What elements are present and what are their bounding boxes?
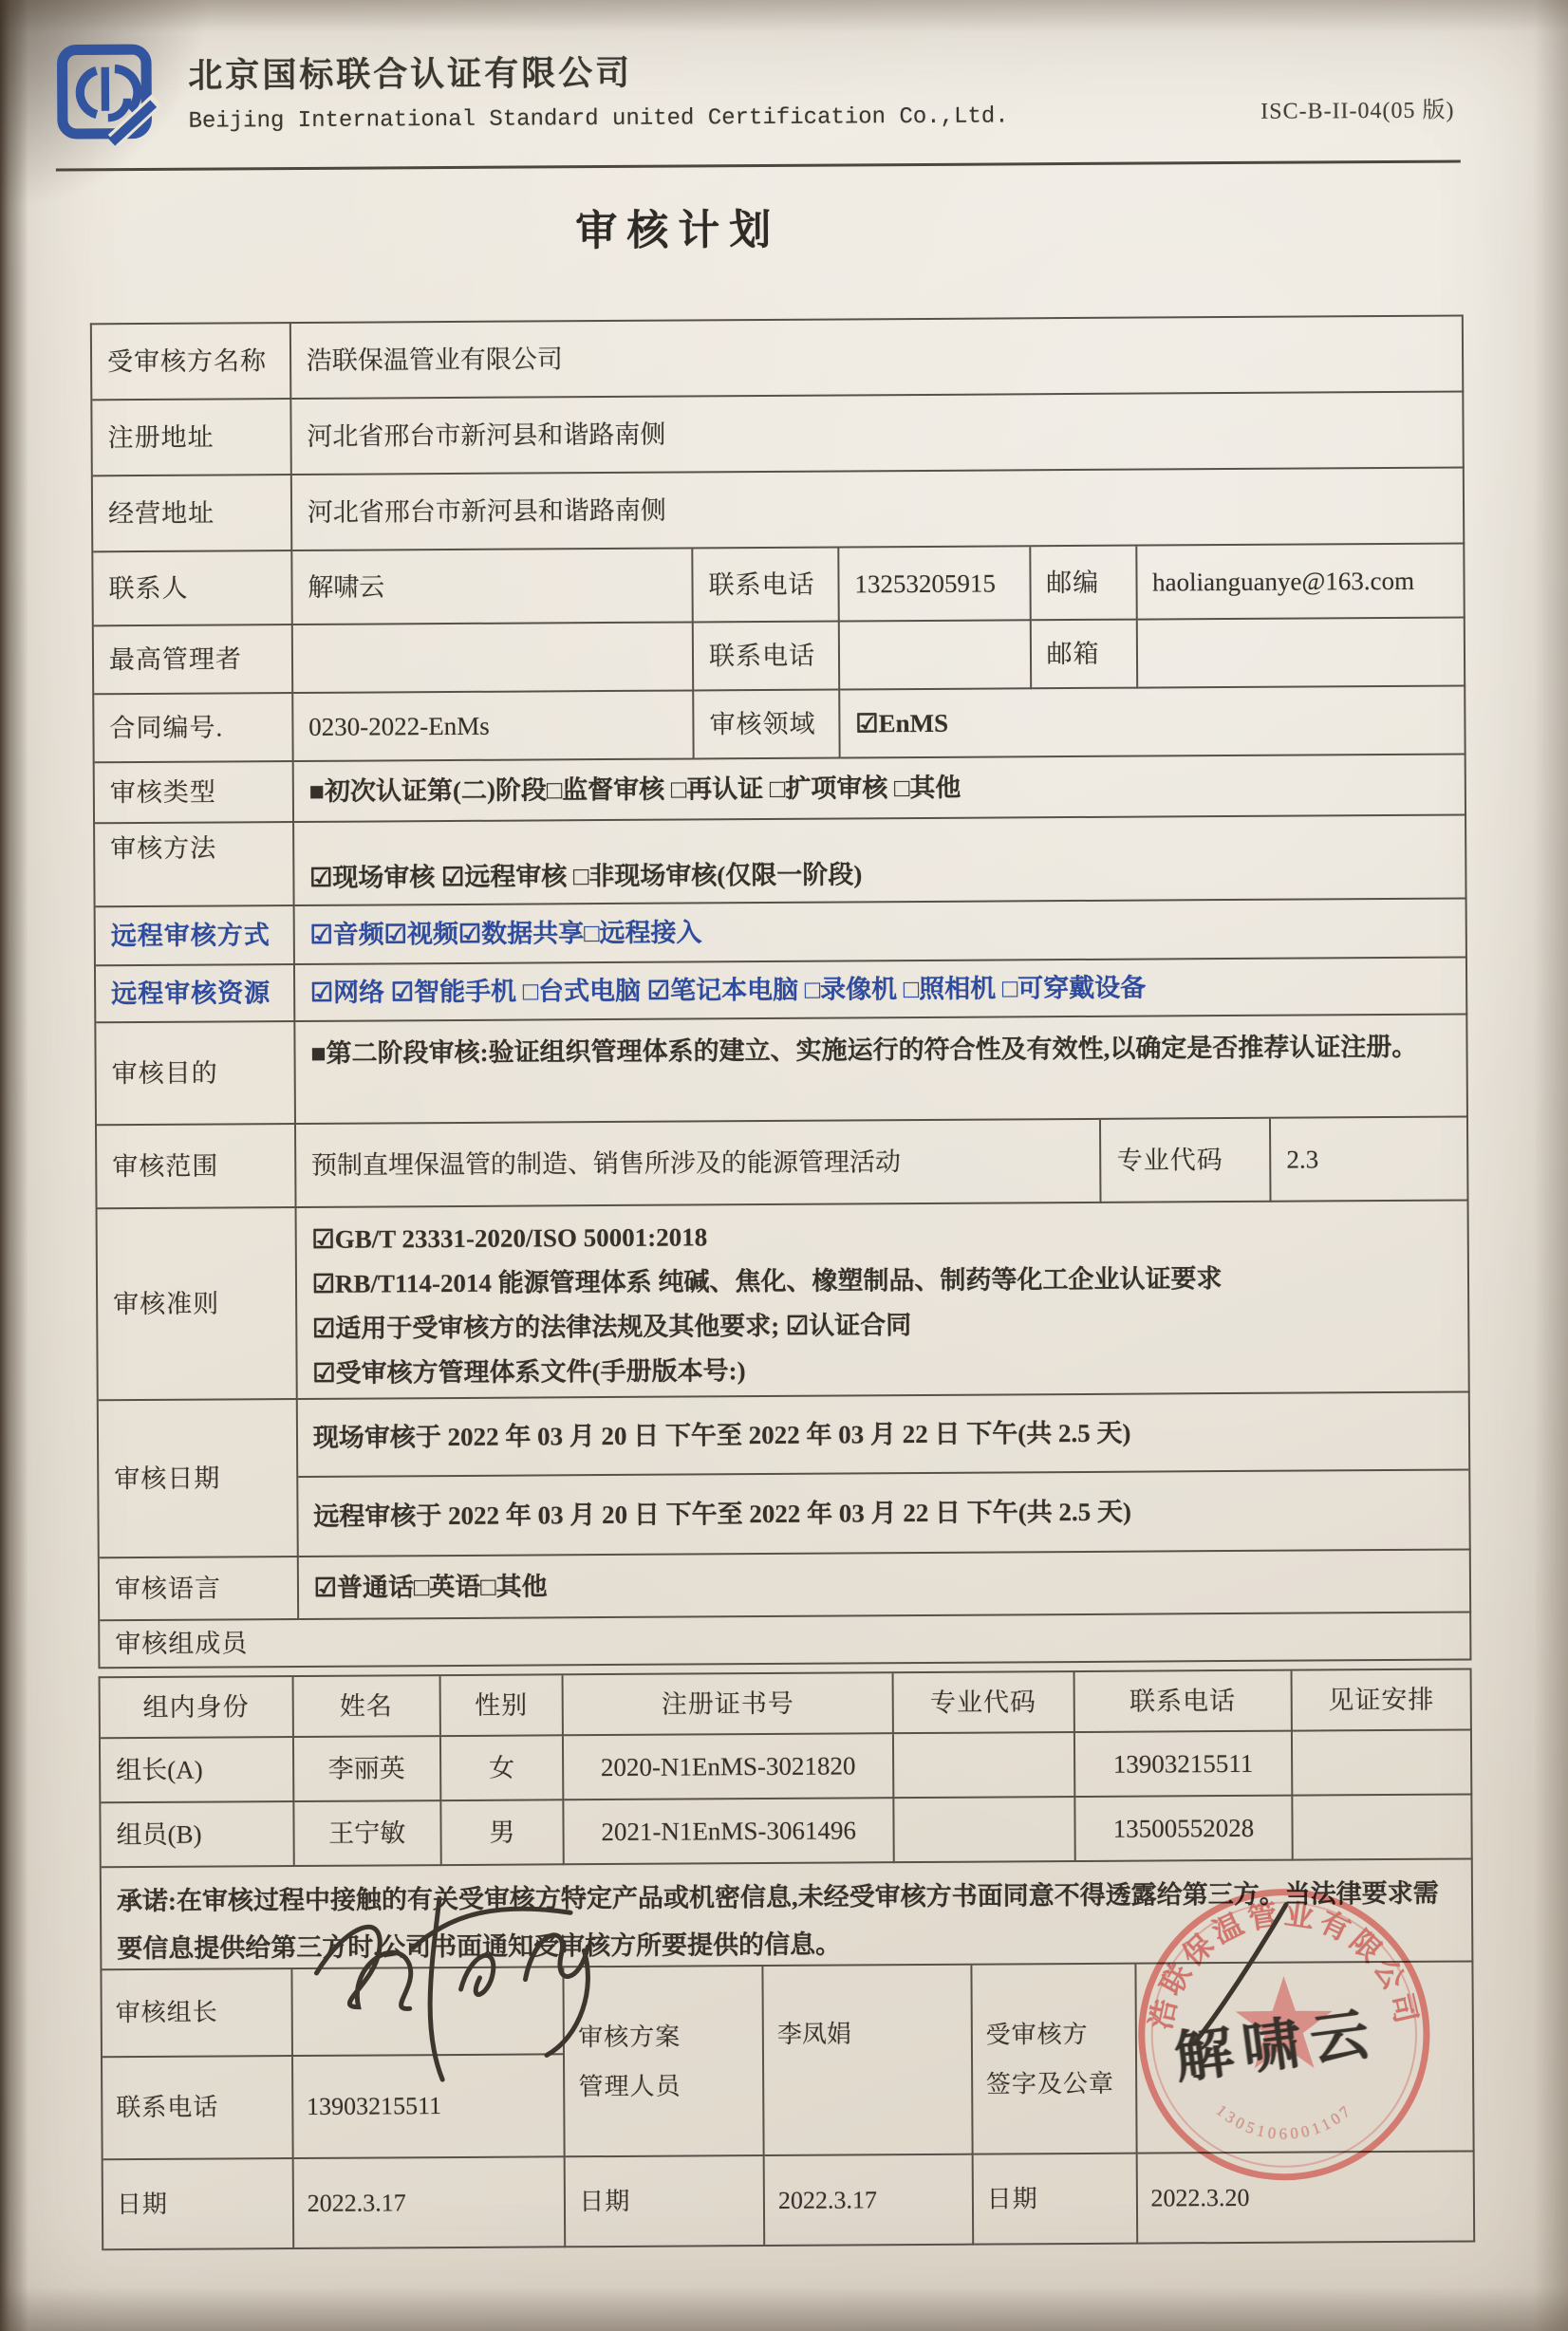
mailbox-label: 邮箱 [1031,621,1137,690]
leader-phone: 13903215511 [1075,1732,1294,1798]
audit-scope-value: 预制直埋保温管的制造、销售所涉及的能源管理活动 [296,1120,1102,1208]
audit-domain-label: 审核领域 [694,691,840,760]
industry-code-value: 2.3 [1271,1117,1468,1202]
document-photo: 北京国标联合认证有限公司 Beijing International Stand… [0,0,1568,2331]
top-manager-label: 最高管理者 [94,625,293,695]
member-cert-no: 2021-N1EnMS-3061496 [565,1799,895,1865]
leader-phone-label: 联系电话 [103,2057,293,2160]
leader-industry-code [894,1733,1075,1799]
contact-phone-label: 联系电话 [693,549,839,624]
team-section-label: 审核组成员 [100,1613,1471,1669]
row-remote-resource: 远程审核资源 ☑网络 ☑智能手机 □台式电脑 ☑笔记本电脑 □录像机 □照相机 … [96,958,1467,1023]
leader-gender: 女 [440,1736,564,1801]
info-table: 受审核方名称 浩联保温管业有限公司 注册地址 河北省邢台市新河县和谐路南侧 经营… [90,314,1472,1669]
audit-domain-value: ☑EnMS [840,686,1465,758]
criteria-line: ☑适用于受审核方的法律法规及其他要求; ☑认证合同 [312,1300,1453,1352]
audit-criteria-value: ☑GB/T 23331-2020/ISO 50001:2018 ☑RB/T114… [296,1201,1469,1400]
contract-label: 合同编号. [94,694,293,763]
member-role: 组员(B) [101,1802,294,1868]
leader-handwritten-signature [299,1884,613,2095]
contract-value: 0230-2022-EnMs [293,691,695,762]
team-row-member: 组员(B) 王宁敏 男 2021-N1EnMS-3061496 13500552… [101,1795,1472,1868]
auditee-sign-label: 受审核方 签字及公章 [972,1965,1137,2155]
member-gender: 男 [441,1800,565,1866]
row-top-manager: 最高管理者 联系电话 邮箱 [94,618,1465,695]
member-witness [1294,1795,1473,1860]
th-gender: 性别 [440,1675,564,1737]
row-audit-dates: 审核日期 现场审核于 2022 年 03 月 20 日 下午至 2022 年 0… [99,1392,1471,1558]
footer-col-auditee-label: 受审核方 签字及公章 日期 [972,1965,1138,2246]
contact-label: 联系人 [93,551,292,626]
industry-code-label: 专业代码 [1101,1119,1271,1203]
row-team-section: 审核组成员 [100,1613,1471,1669]
leader-name: 李丽英 [294,1737,441,1802]
leader-witness [1293,1730,1472,1796]
row-business-address: 经营地址 河北省邢台市新河县和谐路南侧 [93,468,1465,552]
team-row-leader: 组长(A) 李丽英 女 2020-N1EnMS-3021820 13903215… [101,1730,1472,1803]
row-audit-language: 审核语言 ☑普通话□英语□其他 [100,1550,1471,1621]
zip-value: haolianguanye@163.com [1137,544,1465,620]
member-name: 王宁敏 [294,1801,441,1867]
team-header-row: 组内身份 姓名 性别 注册证书号 专业代码 联系电话 见证安排 [101,1669,1472,1739]
th-role: 组内身份 [101,1677,294,1739]
date-label-2: 日期 [566,2156,765,2247]
leader-role: 组长(A) [101,1738,294,1803]
audit-type-label: 审核类型 [95,762,294,824]
company-name-cn: 北京国标联合认证有限公司 [188,44,1008,97]
business-address-label: 经营地址 [93,476,292,552]
criteria-line: ☑RB/T114-2014 能源管理体系 纯碱、焦化、橡塑制品、制药等化工企业认… [312,1256,1453,1307]
remote-resource-value: ☑网络 ☑智能手机 □台式电脑 ☑笔记本电脑 □录像机 □照相机 □可穿戴设备 [295,958,1468,1022]
audit-purpose-label: 审核目的 [96,1022,295,1126]
th-witness: 见证安排 [1293,1669,1472,1731]
auditee-name-label: 受审核方名称 [92,324,291,401]
row-remote-method: 远程审核方式 ☑音频☑视频☑数据共享□远程接入 [96,899,1467,966]
top-manager-phone-label: 联系电话 [694,623,840,692]
audit-purpose-value: ■第二阶段审核:验证组织管理体系的建立、实施运行的符合性及有效性,以确定是否推荐… [295,1015,1468,1125]
th-industry-code: 专业代码 [893,1672,1074,1734]
date-value-1: 2022.3.17 [293,2157,566,2249]
audit-scope-label: 审核范围 [97,1125,296,1209]
row-audit-type: 审核类型 ■初次认证第(二)阶段□监督审核 □再认证 □扩项审核 □其他 [95,755,1466,824]
row-audit-purpose: 审核目的 ■第二阶段审核:验证组织管理体系的建立、实施运行的符合性及有效性,以确… [96,1015,1468,1126]
row-registered-address: 注册地址 河北省邢台市新河县和谐路南侧 [92,392,1464,476]
criteria-line: ☑GB/T 23331-2020/ISO 50001:2018 [311,1211,1452,1262]
remote-method-label: 远程审核方式 [96,906,295,966]
audit-leader-label: 审核组长 [102,1969,292,2058]
zip-label: 邮编 [1031,547,1137,622]
date-label-1: 日期 [103,2159,294,2250]
row-audit-method: 审核方法 ☑现场审核 ☑远程审核 □非现场审核(仅限一阶段) [95,815,1467,907]
remote-resource-label: 远程审核资源 [96,965,295,1023]
audit-method-label: 审核方法 [95,823,294,907]
contact-value: 解啸云 [292,549,694,625]
svg-text:1305106001107: 1305106001107 [1213,2100,1357,2143]
date-label-3: 日期 [973,2154,1137,2246]
auditee-sign-label-line1: 受审核方 [985,2010,1121,2061]
audit-dates-label: 审核日期 [99,1400,299,1558]
member-industry-code [894,1798,1075,1863]
page-title: 审核计划 [56,193,1299,261]
th-name: 姓名 [293,1676,440,1738]
auditee-name-value: 浩联保温管业有限公司 [291,316,1465,400]
registered-address-value: 河北省邢台市新河县和谐路南侧 [291,392,1465,476]
auditee-sign-label-line2: 签字及公章 [986,2060,1122,2110]
criteria-line: ☑受审核方管理体系文件(手册版本号:) [312,1345,1453,1396]
audit-plan-table: 受审核方名称 浩联保温管业有限公司 注册地址 河北省邢台市新河县和谐路南侧 经营… [90,314,1475,2250]
remote-method-value: ☑音频☑视频☑数据共享□远程接入 [294,899,1467,965]
top-manager-value [293,623,695,694]
company-name-block: 北京国标联合认证有限公司 Beijing International Stand… [188,44,1009,134]
seal-code: 1305106001107 [1213,2100,1357,2143]
member-phone: 13500552028 [1075,1797,1294,1862]
row-auditee-name: 受审核方名称 浩联保温管业有限公司 [92,316,1464,401]
company-name-en: Beijing International Standard united Ce… [188,103,1008,134]
audit-criteria-label: 审核准则 [98,1208,298,1401]
registered-address-label: 注册地址 [92,400,291,476]
audit-type-value: ■初次认证第(二)阶段□监督审核 □再认证 □扩项审核 □其他 [293,755,1466,823]
document-page: 北京国标联合认证有限公司 Beijing International Stand… [55,31,1483,2250]
mailbox-value [1137,618,1465,688]
company-logo-icon [55,42,168,154]
scheme-manager-name: 李凤娟 [763,1966,973,2156]
letterhead: 北京国标联合认证有限公司 Beijing International Stand… [55,31,1470,153]
date-value-2: 2022.3.17 [765,2155,974,2247]
onsite-audit-dates: 现场审核于 2022 年 03 月 20 日 下午至 2022 年 03 月 2… [298,1392,1469,1478]
doc-code: ISC-B-II-04(05 版) [1260,91,1455,125]
audit-language-label: 审核语言 [100,1557,299,1621]
row-audit-scope: 审核范围 预制直埋保温管的制造、销售所涉及的能源管理活动 专业代码 2.3 [97,1117,1469,1209]
row-contact: 联系人 解啸云 联系电话 13253205915 邮编 haolianguany… [93,544,1465,626]
contact-phone-value: 13253205915 [839,547,1031,622]
row-contract: 合同编号. 0230-2022-EnMs 审核领域 ☑EnMS [94,686,1465,763]
th-cert-no: 注册证书号 [564,1673,894,1736]
header-rule [56,160,1461,172]
audit-method-value: ☑现场审核 ☑远程审核 □非现场审核(仅限一阶段) [294,815,1467,906]
footer-col-scheme-name: 李凤娟 2022.3.17 [763,1966,974,2247]
row-audit-criteria: 审核准则 ☑GB/T 23331-2020/ISO 50001:2018 ☑RB… [98,1201,1470,1401]
leader-cert-no: 2020-N1EnMS-3021820 [564,1734,894,1800]
remote-audit-dates: 远程审核于 2022 年 03 月 20 日 下午至 2022 年 03 月 2… [298,1470,1469,1556]
business-address-value: 河北省邢台市新河县和谐路南侧 [292,468,1465,551]
footer-col-labels: 审核组长 联系电话 日期 [102,1969,294,2250]
audit-language-value: ☑普通话□英语□其他 [299,1550,1472,1620]
top-manager-phone-value [840,621,1032,690]
th-phone: 联系电话 [1074,1671,1293,1733]
